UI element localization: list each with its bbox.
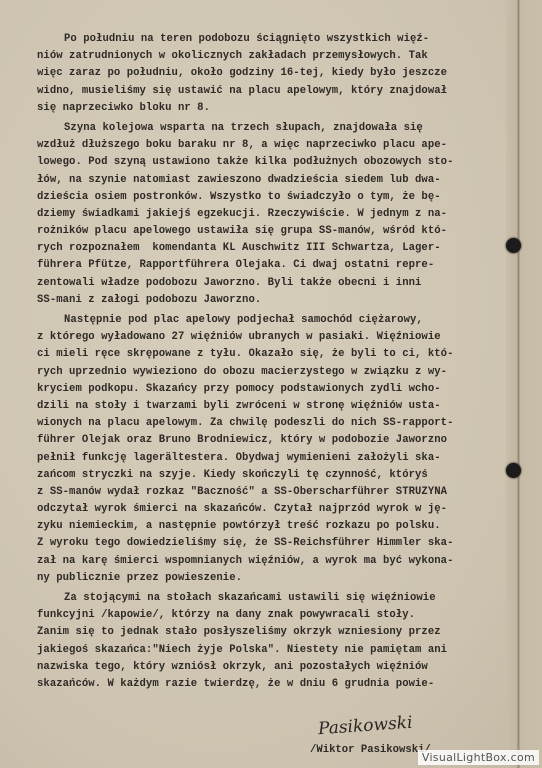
- text-line: więc zaraz po południu, około godziny 16…: [37, 65, 507, 82]
- text-line: ci mieli ręce skrępowane z tyłu. Okazało…: [37, 346, 507, 363]
- punch-hole-top: [506, 238, 521, 253]
- text-line: niów zatrudnionych w okolicznych zakłada…: [37, 48, 507, 65]
- text-line: rych uprzednio wywieziono do obozu macie…: [37, 364, 507, 381]
- page-binding-edge: [506, 0, 542, 768]
- text-line: odczytał wyrok śmierci na skazańców. Czy…: [37, 501, 507, 518]
- text-line: zyku niemieckim, a następnie powtórzył t…: [37, 518, 507, 535]
- text-line: zentowali władze podobozu Jaworzno. Byli…: [37, 275, 507, 292]
- text-line: Po południu na teren podobozu ściągnięto…: [37, 31, 507, 48]
- text-line: nazwiska tego, który wzniósł okrzyk, ani…: [37, 659, 507, 676]
- text-line: führer Olejak oraz Bruno Brodniewicz, kt…: [37, 432, 507, 449]
- text-line: führera Pfütze, Rapportführera Olejaka. …: [37, 257, 507, 274]
- text-line: Za stojącymi na stołach skazańcami ustaw…: [37, 590, 507, 607]
- text-line: lowego. Pod szyną ustawiono także kilka …: [37, 154, 507, 171]
- text-line: kryciem podkopu. Skazańcy przy pomocy po…: [37, 381, 507, 398]
- text-line: funkcyjni /kapowie/, którzy na dany znak…: [37, 607, 507, 624]
- paragraph: Szyna kolejowa wsparta na trzech słupach…: [37, 120, 507, 309]
- paragraph: Za stojącymi na stołach skazańcami ustaw…: [37, 590, 507, 693]
- text-line: dzili na stoły i twarzami byli zwróceni …: [37, 398, 507, 415]
- text-line: zał na karę śmierci wspomnianych więźnió…: [37, 553, 507, 570]
- text-line: się naprzeciwko bloku nr 8.: [37, 100, 507, 117]
- text-line: dzieścia osiem postronków. Wszystko to ś…: [37, 189, 507, 206]
- text-line: Z wyroku tego dowiedzieliśmy się, że SS-…: [37, 535, 507, 552]
- text-line: wzdłuż dłuższego boku baraku nr 8, a wię…: [37, 137, 507, 154]
- text-line: łów, na szynie natomiast zawieszono dwad…: [37, 172, 507, 189]
- text-line: rych rozpoznałem komendanta KL Auschwitz…: [37, 240, 507, 257]
- text-line: z SS-manów wydał rozkaz "Baczność" a SS-…: [37, 484, 507, 501]
- text-line: dziemy świadkami jakiejś egzekucji. Rzec…: [37, 206, 507, 223]
- watermark[interactable]: VisualLightBox.com: [418, 750, 539, 765]
- document-page: Po południu na teren podobozu ściągnięto…: [0, 0, 542, 768]
- typed-text-body: Po południu na teren podobozu ściągnięto…: [37, 31, 507, 693]
- text-line: jakiegoś skazańca:"Niech żyje Polska". N…: [37, 642, 507, 659]
- text-line: widno, musieliśmy się ustawić na placu a…: [37, 83, 507, 100]
- text-line: rożników placu apelowego ustawiła się gr…: [37, 223, 507, 240]
- text-line: SS-mani z załogi podobozu Jaworzno.: [37, 292, 507, 309]
- text-line: ny publicznie przez powieszenie.: [37, 570, 507, 587]
- text-line: Następnie pod plac apelowy podjechał sam…: [37, 312, 507, 329]
- text-line: wionych na placu apelowym. Za chwilę pod…: [37, 415, 507, 432]
- text-line: pełnił funkcję lagerältestera. Obydwaj w…: [37, 450, 507, 467]
- signer-name: /Wiktor Pasikowski/: [310, 744, 431, 756]
- text-line: Zanim się to jednak stało posłyszeliśmy …: [37, 624, 507, 641]
- text-line: skazańców. W każdym razie twierdzę, że w…: [37, 676, 507, 693]
- punch-hole-bottom: [506, 463, 521, 478]
- paragraph: Następnie pod plac apelowy podjechał sam…: [37, 312, 507, 587]
- paragraph: Po południu na teren podobozu ściągnięto…: [37, 31, 507, 117]
- text-line: Szyna kolejowa wsparta na trzech słupach…: [37, 120, 507, 137]
- text-line: zańcom stryczki na szyje. Kiedy skończyl…: [37, 467, 507, 484]
- text-line: z którego wyładowano 27 więźniów ubranyc…: [37, 329, 507, 346]
- handwritten-signature: Pasikowski: [317, 713, 413, 740]
